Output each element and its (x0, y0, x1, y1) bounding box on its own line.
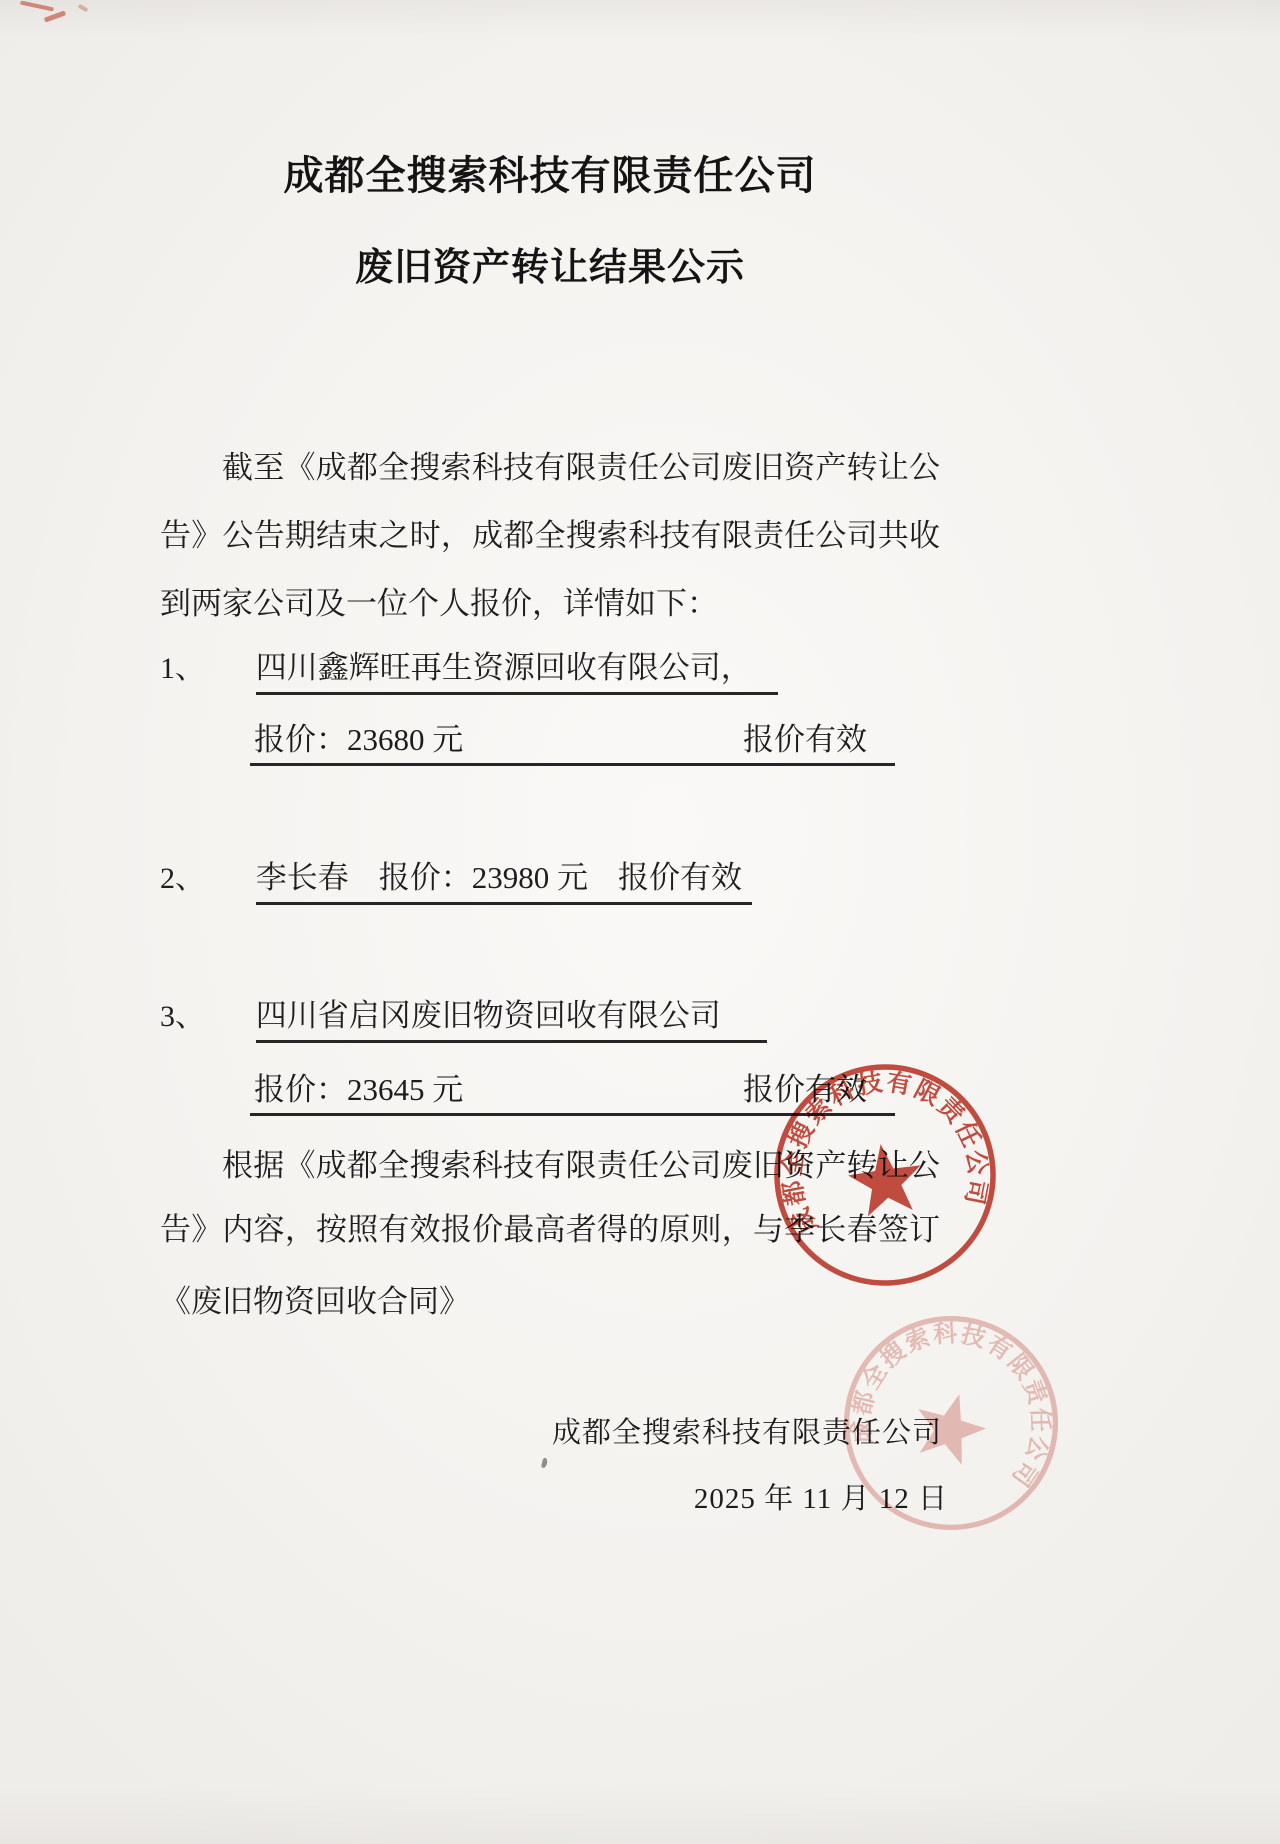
bid-1-number: 1、 (160, 649, 248, 689)
bid-item-2: 2、 李长春报价：23980 元报价有效 (160, 858, 752, 905)
closing-line-1: 根据《成都全搜索科技有限责任公司废旧资产转让公 (160, 1140, 940, 1185)
bid-2-price: 报价：23980 元 (379, 860, 588, 895)
signature-date: 2025 年 11 月 12 日 (694, 1476, 948, 1517)
scan-artifact-mark (44, 10, 66, 22)
scanned-document-page: 成都全搜索科技有限责任公司 废旧资产转让结果公示 截至《成都全搜索科技有限责任公… (0, 0, 1280, 1844)
bid-1-validity: 报价有效 (743, 714, 867, 759)
bid-1-price-row: 报价：23680 元 报价有效 (250, 714, 895, 766)
scan-artifact-mark (78, 4, 89, 12)
bid-1-price: 报价：23680 元 (254, 714, 463, 759)
bid-2-bidder: 李长春 (256, 860, 349, 895)
document-subtitle: 废旧资产转让结果公示 (160, 236, 940, 291)
seal-ring-text: 成都全搜索科技有限责任公司 (839, 1296, 1078, 1498)
bid-2-row: 李长春报价：23980 元报价有效 (256, 858, 752, 905)
bid-1-bidder: 四川鑫辉旺再生资源回收有限公司， (256, 648, 778, 695)
scan-artifact-mark (20, 1, 54, 12)
closing-line-3: 《废旧物资回收合同》 (160, 1276, 940, 1321)
bid-3-validity: 报价有效 (743, 1064, 867, 1109)
bid-3-number: 3、 (160, 997, 248, 1037)
intro-line-1: 截至《成都全搜索科技有限责任公司废旧资产转让公 (160, 442, 940, 487)
bid-2-number: 2、 (160, 859, 248, 899)
closing-line-2: 告》内容，按照有效报价最高者得的原则，与李长春签订 (160, 1204, 940, 1249)
signature-company: 成都全搜索科技有限责任公司 (552, 1410, 942, 1451)
scan-speck (541, 1458, 548, 1469)
document-title: 成都全搜索科技有限责任公司 (160, 144, 940, 201)
bid-3-price-row: 报价：23645 元 报价有效 (250, 1064, 895, 1116)
intro-line-3: 到两家公司及一位个人报价，详情如下： (160, 578, 940, 623)
bid-2-validity: 报价有效 (618, 860, 742, 895)
bid-item-3: 3、 四川省启冈废旧物资回收有限公司 (160, 996, 767, 1043)
intro-line-2: 告》公告期结束之时，成都全搜索科技有限责任公司共收 (160, 510, 940, 555)
bid-3-bidder: 四川省启冈废旧物资回收有限公司 (256, 996, 767, 1043)
svg-text:成都全搜索科技有限责任公司: 成都全搜索科技有限责任公司 (839, 1296, 1078, 1498)
bid-3-price: 报价：23645 元 (254, 1064, 463, 1109)
bid-item-1: 1、 四川鑫辉旺再生资源回收有限公司， (160, 648, 778, 695)
